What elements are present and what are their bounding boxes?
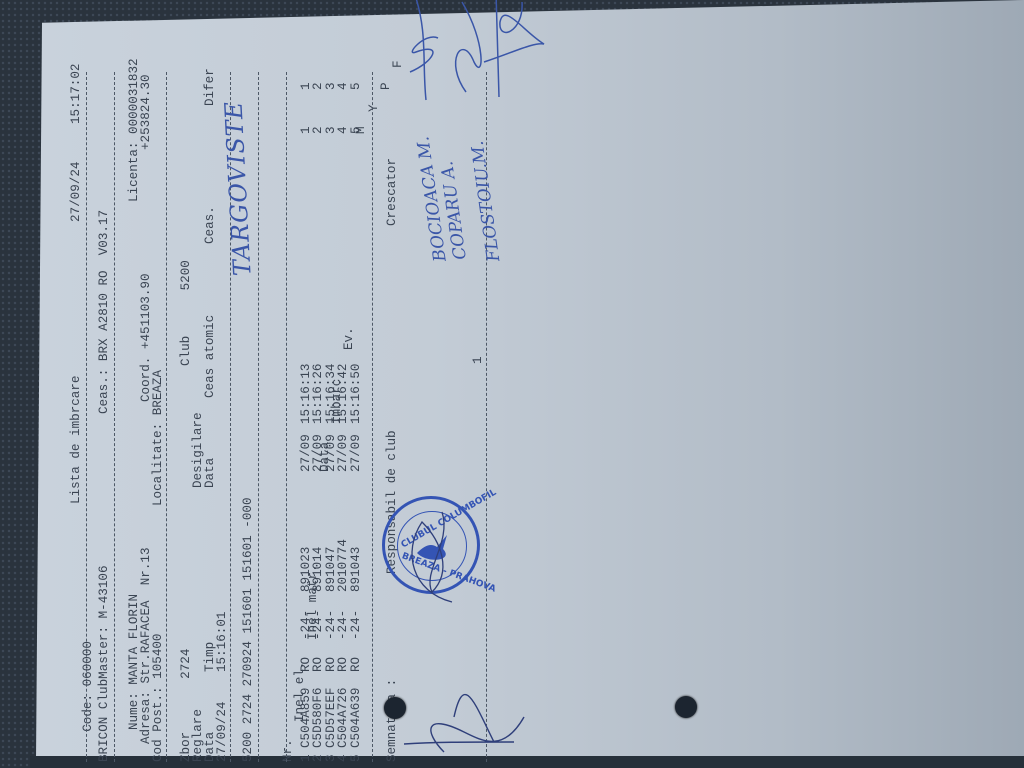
license-label: Licenta: [127, 142, 141, 202]
cell-nr: 5 [350, 754, 362, 762]
divider [114, 72, 115, 762]
cell-p: 2 [312, 82, 324, 90]
divider [166, 72, 167, 762]
cell-country: RO [312, 657, 324, 672]
cell-imbarc: 15:16:34 [325, 364, 337, 424]
cell-country: RO [337, 657, 349, 672]
coord-y: +253824.30 [140, 74, 152, 150]
software-version: V03.17 [97, 210, 111, 255]
cell-year: -24- [337, 610, 349, 640]
divider [372, 72, 373, 762]
ceas-atomic-label: Ceas atomic [204, 315, 216, 398]
cell-matr: 891043 [350, 547, 362, 592]
difer-label: Difer [204, 68, 216, 106]
cell-m: 5 [350, 126, 362, 134]
cell-p: 5 [350, 82, 362, 90]
reglare-time: 15:16:01 [216, 612, 228, 672]
col-ev: Ev. [343, 327, 355, 350]
locality-label: Localitate: [151, 423, 165, 506]
responsible-signature [392, 502, 482, 612]
postal-code: 105400 [151, 634, 165, 679]
divider [86, 72, 87, 762]
print-date: 27/09/24 [70, 162, 82, 222]
owner-signature [384, 652, 534, 768]
divider [258, 72, 259, 762]
cell-data: 27/09 [350, 434, 362, 472]
cell-nr: 4 [337, 754, 349, 762]
cell-m: 1 [300, 126, 312, 134]
cell-m: 4 [337, 126, 349, 134]
clock-line: Ceas.: BRX A2810 RO V03.17 [98, 210, 110, 414]
document-title: Lista de imbrcare [70, 376, 82, 504]
cell-nr: 3 [325, 754, 337, 762]
cell-matr: 891014 [312, 547, 324, 592]
cell-matr: 891023 [300, 547, 312, 592]
cell-p: 3 [325, 82, 337, 90]
cell-year: -24- [312, 610, 324, 640]
clubmaster-id: M-43106 [97, 565, 111, 618]
cell-inel-el: C5D57EEF [325, 688, 337, 748]
col-f: F [392, 60, 404, 68]
punch-hole [675, 696, 697, 718]
cell-country: RO [300, 657, 312, 672]
breeder-label: Crescator [386, 158, 398, 226]
locality-value: BREAZA [151, 370, 165, 415]
cell-imbarc: 15:16:50 [350, 364, 362, 424]
software-line: BRICON ClubMaster: M-43106 [98, 565, 110, 762]
cell-data: 27/09 [300, 434, 312, 472]
col-p: P [380, 82, 392, 90]
cell-data: 27/09 [325, 434, 337, 472]
cell-inel-el: C504A726 [337, 688, 349, 748]
cell-imbarc: 15:16:42 [337, 364, 349, 424]
col-y: Y [368, 104, 380, 112]
cell-nr: 1 [300, 754, 312, 762]
cell-country: RO [325, 657, 337, 672]
postal-label: Cod Post.: [151, 686, 165, 762]
club-value: 5200 [179, 260, 193, 290]
cell-p: 1 [300, 82, 312, 90]
cell-year: -24- [300, 610, 312, 640]
clock-label: Ceas.: [97, 369, 111, 414]
data2-label: Data [204, 458, 216, 488]
cell-country: RO [350, 657, 362, 672]
cell-data: 27/09 [337, 434, 349, 472]
zbor-value: 2724 [179, 649, 193, 679]
cell-imbarc: 15:16:13 [300, 364, 312, 424]
cell-m: 3 [325, 126, 337, 134]
boarding-list-document: Code: 060000 Lista de imbrcare 27/09/24 … [64, 0, 624, 762]
cell-matr: 2010774 [337, 539, 349, 592]
divider [286, 72, 287, 762]
flight-summary-line: 5200 2724 270924 151601 151601 -000 [242, 497, 254, 762]
code-value: 060000 [81, 641, 95, 686]
cell-nr: 2 [312, 754, 324, 762]
coord-x: +451103.90 [139, 274, 153, 350]
print-time: 15:17:02 [70, 64, 82, 124]
code-label: Code: [81, 694, 95, 732]
col-nr: Nr. [282, 739, 294, 762]
page-number: 1 [472, 356, 484, 364]
cell-inel-el: C5D580F6 [312, 688, 324, 748]
cell-p: 4 [337, 82, 349, 90]
cell-inel-el: C504A859 [300, 688, 312, 748]
cell-year: -24- [350, 610, 362, 640]
punch-hole [384, 697, 406, 719]
cell-matr: 891047 [325, 547, 337, 592]
clock-value: BRX A2810 RO [97, 270, 111, 361]
handwritten-location: TARGOVISTE [227, 100, 248, 276]
cell-m: 2 [312, 126, 324, 134]
breeder-signatures [404, 0, 554, 102]
handwritten-name-3: FLOSTOIU.M. [472, 140, 501, 262]
cell-imbarc: 15:16:26 [312, 364, 324, 424]
cell-inel-el: C504A639 [350, 688, 362, 748]
cell-data: 27/09 [312, 434, 324, 472]
ceas-label: Ceas. [204, 206, 216, 244]
software-name: BRICON ClubMaster: [97, 626, 111, 762]
reglare-date: 27/09/24 [216, 702, 228, 762]
club-label: Club [179, 336, 193, 366]
cell-year: -24- [325, 610, 337, 640]
